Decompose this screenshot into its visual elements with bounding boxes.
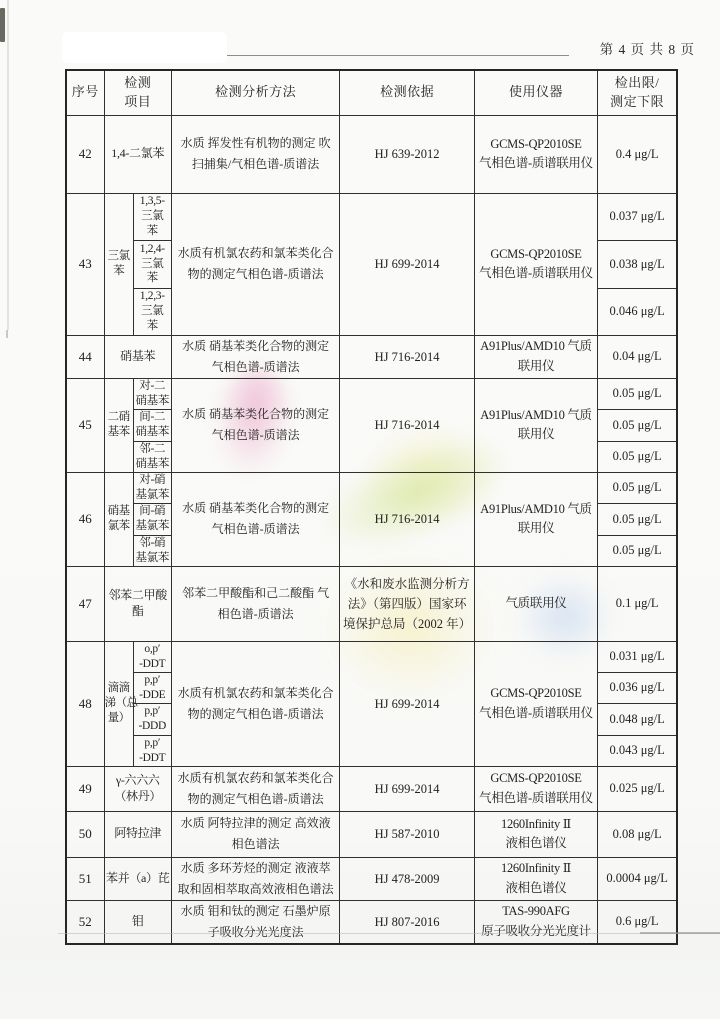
- redacted-header-box: [62, 32, 227, 63]
- cell-seq: 48: [66, 641, 104, 766]
- cell-limit: 0.031 μg/L: [598, 641, 677, 672]
- cell-limit: 0.036 μg/L: [598, 672, 677, 703]
- scan-edge-mark-small: [6, 330, 8, 338]
- cell-sub-item: p,p′ -DDT: [133, 735, 171, 766]
- cell-item: 硝基 氯苯: [104, 472, 133, 566]
- cell-item: 三氯 苯: [104, 193, 133, 335]
- cell-item: 1,4-二氯苯: [104, 115, 171, 193]
- cell-limit: 0.048 μg/L: [598, 703, 677, 735]
- cell-item: γ-六六六 （林丹）: [104, 766, 171, 811]
- cell-instrument: A91Plus/AMD10 气质 联用仪: [474, 472, 597, 566]
- header-cell-method: 检测分析方法: [171, 70, 340, 115]
- cell-limit: 0.4 μg/L: [598, 115, 677, 193]
- table-row: 44硝基苯水质 硝基苯类化合物的测定 气相色谱-质谱法HJ 716-2014A9…: [66, 335, 677, 378]
- cell-sub-item: 1,2,3- 三氯 苯: [133, 288, 171, 335]
- cell-instrument: A91Plus/AMD10 气质 联用仪: [474, 378, 597, 472]
- cell-sub-item: 间-硝 基氯苯: [133, 503, 171, 535]
- cell-seq: 44: [66, 335, 104, 378]
- cell-sub-item: 邻-二 硝基苯: [133, 441, 171, 472]
- scan-fold-line-dark: [640, 932, 720, 934]
- cell-limit: 0.6 μg/L: [598, 900, 677, 944]
- cell-basis: HJ 716-2014: [340, 378, 474, 472]
- cell-seq: 43: [66, 193, 104, 335]
- cell-instrument: GCMS-QP2010SE 气相色谱-质谱联用仪: [474, 193, 597, 335]
- cell-method: 水质 硝基苯类化合物的测定 气相色谱-质谱法: [171, 335, 340, 378]
- cell-sub-item: 对-硝 基氯苯: [133, 472, 171, 503]
- cell-method: 水质有机氯农药和氯苯类化合 物的测定气相色谱-质谱法: [171, 766, 340, 811]
- table-row: 49γ-六六六 （林丹）水质有机氯农药和氯苯类化合 物的测定气相色谱-质谱法HJ…: [66, 766, 677, 811]
- cell-seq: 45: [66, 378, 104, 472]
- cell-basis: HJ 699-2014: [340, 766, 474, 811]
- cell-item: 苯并（a）芘: [104, 857, 171, 900]
- cell-basis: HJ 807-2016: [340, 900, 474, 944]
- table-row: 52钼水质 钼和钛的测定 石墨炉原 子吸收分光光度法HJ 807-2016TAS…: [66, 900, 677, 944]
- table-body: 421,4-二氯苯水质 挥发性有机物的测定 吹 扫捕集/气相色谱-质谱法HJ 6…: [66, 115, 677, 944]
- cell-limit: 0.04 μg/L: [598, 335, 677, 378]
- table-header: 序号检测 项目检测分析方法检测依据使用仪器检出限/ 测定下限: [66, 70, 677, 115]
- table-row: 421,4-二氯苯水质 挥发性有机物的测定 吹 扫捕集/气相色谱-质谱法HJ 6…: [66, 115, 677, 193]
- cell-sub-item: p,p′ -DDE: [133, 672, 171, 703]
- cell-sub-item: 对-二 硝基苯: [133, 378, 171, 409]
- cell-sub-item: 1,2,4- 三氯 苯: [133, 240, 171, 288]
- cell-method: 水质有机氯农药和氯苯类化合 物的测定气相色谱-质谱法: [171, 641, 340, 766]
- table-row: 46硝基 氯苯对-硝 基氯苯水质 硝基苯类化合物的测定 气相色谱-质谱法HJ 7…: [66, 472, 677, 503]
- cell-item: 二硝 基苯: [104, 378, 133, 472]
- cell-limit: 0.05 μg/L: [598, 441, 677, 472]
- cell-seq: 46: [66, 472, 104, 566]
- cell-limit: 0.0004 μg/L: [598, 857, 677, 900]
- header-cell-instrument: 使用仪器: [474, 70, 597, 115]
- cell-basis: HJ 716-2014: [340, 335, 474, 378]
- table-row: 43三氯 苯1,3,5- 三氯 苯水质有机氯农药和氯苯类化合 物的测定气相色谱-…: [66, 193, 677, 240]
- cell-seq: 51: [66, 857, 104, 900]
- cell-seq: 42: [66, 115, 104, 193]
- cell-instrument: GCMS-QP2010SE 气相色谱-质谱联用仪: [474, 641, 597, 766]
- cell-item: 阿特拉津: [104, 811, 171, 857]
- cell-method: 水质有机氯农药和氯苯类化合 物的测定气相色谱-质谱法: [171, 193, 340, 335]
- cell-basis: HJ 716-2014: [340, 472, 474, 566]
- cell-method: 水质 阿特拉津的测定 高效液 相色谱法: [171, 811, 340, 857]
- table-row: 48滴滴 涕（总 量）o,p′ -DDT水质有机氯农药和氯苯类化合 物的测定气相…: [66, 641, 677, 672]
- cell-instrument: 气质联用仪: [474, 566, 597, 641]
- table-row: 50阿特拉津水质 阿特拉津的测定 高效液 相色谱法HJ 587-20101260…: [66, 811, 677, 857]
- cell-item: 邻苯二甲酸 酯: [104, 566, 171, 641]
- cell-seq: 49: [66, 766, 104, 811]
- test-methods-table: 序号检测 项目检测分析方法检测依据使用仪器检出限/ 测定下限 421,4-二氯苯…: [65, 69, 678, 945]
- header-row: 序号检测 项目检测分析方法检测依据使用仪器检出限/ 测定下限: [66, 70, 677, 115]
- scan-edge-line: [7, 0, 9, 330]
- cell-method: 邻苯二甲酸酯和己二酸酯 气 相色谱-质谱法: [171, 566, 340, 641]
- cell-limit: 0.038 μg/L: [598, 240, 677, 288]
- cell-item: 钼: [104, 900, 171, 944]
- cell-seq: 52: [66, 900, 104, 944]
- table-row: 47邻苯二甲酸 酯邻苯二甲酸酯和己二酸酯 气 相色谱-质谱法《水和废水监测分析方…: [66, 566, 677, 641]
- cell-basis: 《水和废水监测分析方 法》（第四版）国家环 境保护总局（2002 年）: [340, 566, 474, 641]
- cell-limit: 0.05 μg/L: [598, 535, 677, 566]
- cell-limit: 0.1 μg/L: [598, 566, 677, 641]
- header-cell-item: 检测 项目: [104, 70, 171, 115]
- cell-limit: 0.043 μg/L: [598, 735, 677, 766]
- cell-method: 水质 硝基苯类化合物的测定 气相色谱-质谱法: [171, 472, 340, 566]
- cell-instrument: GCMS-QP2010SE 气相色谱-质谱联用仪: [474, 115, 597, 193]
- cell-sub-item: 1,3,5- 三氯 苯: [133, 193, 171, 240]
- cell-sub-item: p,p′ -DDD: [133, 703, 171, 735]
- cell-limit: 0.05 μg/L: [598, 472, 677, 503]
- cell-limit: 0.08 μg/L: [598, 811, 677, 857]
- cell-method: 水质 多环芳烃的测定 液液萃 取和固相萃取高效液相色谱法: [171, 857, 340, 900]
- cell-basis: HJ 699-2014: [340, 641, 474, 766]
- cell-instrument: TAS-990AFG 原子吸收分光光度计: [474, 900, 597, 944]
- cell-instrument: GCMS-QP2010SE 气相色谱-质谱联用仪: [474, 766, 597, 811]
- cell-limit: 0.05 μg/L: [598, 503, 677, 535]
- cell-sub-item: 邻-硝 基氯苯: [133, 535, 171, 566]
- cell-seq: 47: [66, 566, 104, 641]
- page-number-label: 第 4 页 共 8 页: [600, 38, 695, 58]
- header-cell-basis: 检测依据: [340, 70, 474, 115]
- cell-limit: 0.05 μg/L: [598, 378, 677, 409]
- scan-edge-mark: [0, 8, 5, 42]
- table-row: 45二硝 基苯对-二 硝基苯水质 硝基苯类化合物的测定 气相色谱-质谱法HJ 7…: [66, 378, 677, 409]
- cell-item: 硝基苯: [104, 335, 171, 378]
- scanned-page: 第 4 页 共 8 页 序号检测 项目检测分析方法检测依据使用仪器检出限/ 测定…: [0, 0, 720, 1019]
- cell-instrument: A91Plus/AMD10 气质 联用仪: [474, 335, 597, 378]
- cell-method: 水质 硝基苯类化合物的测定 气相色谱-质谱法: [171, 378, 340, 472]
- cell-instrument: 1260Infinity Ⅱ 液相色谱仪: [474, 811, 597, 857]
- cell-seq: 50: [66, 811, 104, 857]
- cell-limit: 0.037 μg/L: [598, 193, 677, 240]
- cell-basis: HJ 478-2009: [340, 857, 474, 900]
- table-row: 51苯并（a）芘水质 多环芳烃的测定 液液萃 取和固相萃取高效液相色谱法HJ 4…: [66, 857, 677, 900]
- cell-basis: HJ 587-2010: [340, 811, 474, 857]
- cell-item: 滴滴 涕（总 量）: [104, 641, 133, 766]
- cell-method: 水质 钼和钛的测定 石墨炉原 子吸收分光光度法: [171, 900, 340, 944]
- cell-sub-item: 间-二 硝基苯: [133, 409, 171, 441]
- cell-limit: 0.025 μg/L: [598, 766, 677, 811]
- scan-fold-line: [58, 933, 720, 934]
- cell-basis: HJ 699-2014: [340, 193, 474, 335]
- header-cell-limit: 检出限/ 测定下限: [598, 70, 677, 115]
- cell-limit: 0.05 μg/L: [598, 409, 677, 441]
- cell-basis: HJ 639-2012: [340, 115, 474, 193]
- cell-method: 水质 挥发性有机物的测定 吹 扫捕集/气相色谱-质谱法: [171, 115, 340, 193]
- cell-instrument: 1260Infinity Ⅱ 液相色谱仪: [474, 857, 597, 900]
- header-cell-seq: 序号: [66, 70, 104, 115]
- cell-limit: 0.046 μg/L: [598, 288, 677, 335]
- cell-sub-item: o,p′ -DDT: [133, 641, 171, 672]
